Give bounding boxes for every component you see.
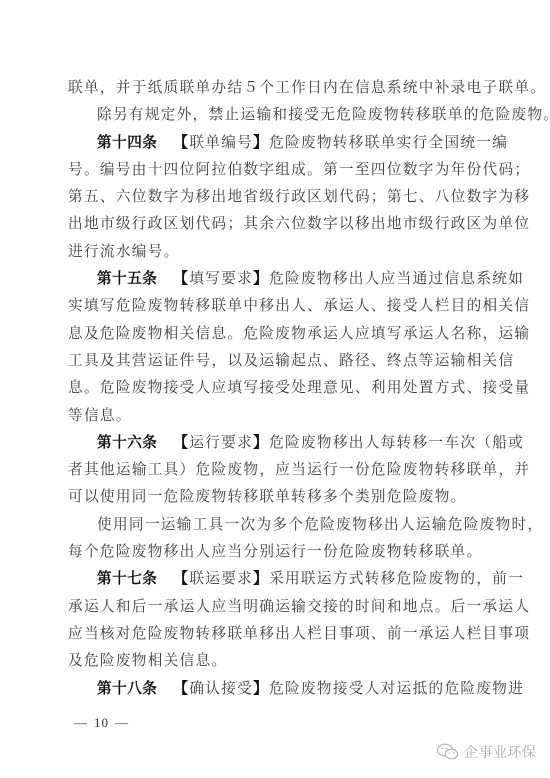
page-number: —10—	[68, 715, 135, 731]
bracket-close: 】	[253, 270, 269, 287]
watermark: 企事业环保	[436, 742, 537, 762]
bracket-open: 【	[173, 134, 189, 151]
text-line: 及危险废物相关信息。	[68, 647, 480, 674]
article-17-heading-line: 第十七条【联运要求】采用联运方式转移危险废物的，前一	[68, 565, 480, 592]
article-text: 危险废物移出人应当通过信息系统如	[269, 270, 524, 287]
article-title: 运行要求	[189, 434, 253, 451]
document-page: 联单，并于纸质联单办结５个工作日内在信息系统中补录电子联单。 除另有规定外，禁止…	[0, 0, 550, 778]
article-16-heading-line: 第十六条【运行要求】危险废物移出人每转移一车次（船或	[68, 429, 480, 456]
text-line: 息。危险废物接受人应填写接受处理意见、利用处置方式、接受量	[68, 374, 480, 401]
watermark-text: 企事业环保	[464, 742, 537, 762]
bracket-close: 】	[253, 680, 269, 697]
text-line: 出地市级行政区划代码；其余六位数字以移出地市级行政区为单位	[68, 210, 480, 237]
article-number: 第十四条	[97, 134, 157, 151]
article-text: 危险废物移出人每转移一车次（船或	[269, 434, 524, 451]
text-line: 可以使用同一危险废物转移联单转移多个类别危险废物。	[68, 483, 480, 510]
text-line: 应当核对危险废物转移联单移出人栏目事项、前一承运人栏目事项	[68, 620, 480, 647]
text-line: 者其他运输工具）危险废物，应当运行一份危险废物转移联单，并	[68, 456, 480, 483]
bracket-close: 】	[253, 570, 269, 587]
article-title: 联运要求	[189, 570, 253, 587]
text-line: 承运人和后一承运人应当明确运输交接的时间和地点。后一承运人	[68, 593, 480, 620]
bracket-open: 【	[173, 434, 189, 451]
text-line: 等信息。	[68, 402, 480, 429]
article-number: 第十六条	[97, 434, 157, 451]
text-line: 联单，并于纸质联单办结５个工作日内在信息系统中补录电子联单。	[68, 74, 480, 101]
article-title: 联单编号	[189, 134, 253, 151]
text-line: 进行流水编号。	[68, 238, 480, 265]
article-text: 采用联运方式转移危险废物的，前一	[269, 570, 524, 587]
article-text: 危险废物接受人对运抵的危险废物进	[269, 680, 524, 697]
bracket-open: 【	[173, 570, 189, 587]
text-line: 实填写危险废物转移联单中移出人、承运人、接受人栏目的相关信	[68, 292, 480, 319]
article-15-heading-line: 第十五条【填写要求】危险废物移出人应当通过信息系统如	[68, 265, 480, 292]
text-line: 使用同一运输工具一次为多个危险废物移出人运输危险废物时，	[68, 511, 480, 538]
text-line: 工具及其营运证件号，以及运输起点、路径、终点等运输相关信	[68, 347, 480, 374]
text-line: 除另有规定外，禁止运输和接受无危险废物转移联单的危险废物。	[68, 101, 480, 128]
text-line: 每个危险废物移出人应当分别运行一份危险废物转移联单。	[68, 538, 480, 565]
bracket-close: 】	[253, 434, 269, 451]
wechat-icon	[436, 743, 460, 761]
article-14-heading-line: 第十四条【联单编号】危险废物转移联单实行全国统一编	[68, 129, 480, 156]
document-body: 联单，并于纸质联单办结５个工作日内在信息系统中补录电子联单。 除另有规定外，禁止…	[68, 74, 480, 702]
bracket-open: 【	[173, 270, 189, 287]
page-number-dash-left: —	[74, 715, 88, 731]
article-number: 第十八条	[97, 680, 157, 697]
bracket-close: 】	[253, 134, 269, 151]
article-number: 第十五条	[97, 270, 157, 287]
article-number: 第十七条	[97, 570, 157, 587]
article-text: 危险废物转移联单实行全国统一编	[269, 134, 508, 151]
text-line: 号。编号由十四位阿拉伯数字组成。第一至四位数字为年份代码；	[68, 156, 480, 183]
article-title: 填写要求	[189, 270, 253, 287]
page-number-value: 10	[94, 715, 109, 730]
text-line: 息及危险废物相关信息。危险废物承运人应填写承运人名称，运输	[68, 320, 480, 347]
page-number-dash-right: —	[115, 715, 129, 731]
article-title: 确认接受	[189, 680, 253, 697]
text-line: 第五、六位数字为移出地省级行政区划代码；第七、八位数字为移	[68, 183, 480, 210]
article-18-heading-line: 第十八条【确认接受】危险废物接受人对运抵的危险废物进	[68, 675, 480, 702]
bracket-open: 【	[173, 680, 189, 697]
